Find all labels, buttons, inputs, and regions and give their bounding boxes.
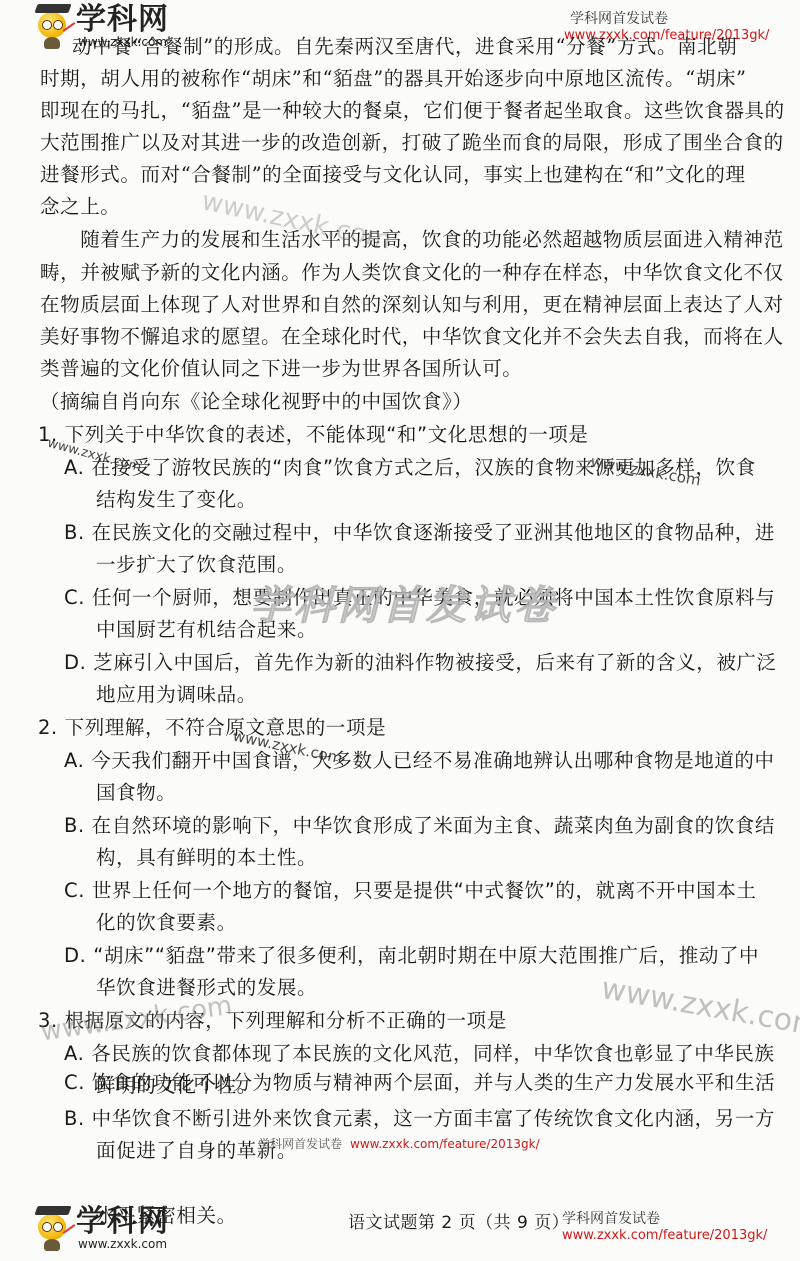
footer-note-title: 学科网首发试卷 — [562, 1208, 767, 1228]
option-text: 芝麻引入中国后，首先作为新的油料作物被接受，后来有了新的含义，被广泛 — [93, 651, 776, 674]
option-text-cont: 地应用为调味品。 — [96, 682, 257, 708]
passage-line: 随着生产力的发展和生活水平的提高，饮食的功能必然超越物质层面进入精神范 — [40, 227, 784, 253]
option-text-cont: 中国厨艺有机结合起来。 — [96, 617, 317, 643]
watermark-url: www.zxxk.com — [599, 971, 800, 1044]
question-stem: 1. 下列关于中华饮食的表述，不能体现“和”文化思想的一项是 — [38, 422, 589, 448]
option-text: “胡床”“貊盘”带来了很多便利，南北朝时期在中原大范围推广后，推动了中 — [93, 944, 759, 967]
option-label: A. — [64, 456, 84, 479]
footer-note: 学科网首发试卷 www.zxxk.com/feature/2013gk/ — [562, 1208, 767, 1243]
passage-line: 大范围推广以及对其进一步的改造创新，打破了跪坐而食的局限，形成了围坐合食的 — [40, 130, 784, 156]
option-text: 世界上任何一个地方的餐馆，只要是提供“中式餐饮”的，就离不开中国本土 — [92, 879, 757, 902]
option-text: 在自然环境的影响下，中华饮食形成了米面为主食、蔬菜肉鱼为副食的饮食结 — [92, 814, 775, 837]
option-c[interactable]: C. 世界上任何一个地方的餐馆，只要是提供“中式餐饮”的，就离不开中国本土 — [64, 878, 756, 904]
option-b[interactable]: B. 在自然环境的影响下，中华饮食形成了米面为主食、蔬菜肉鱼为副食的饮食结 — [64, 813, 775, 839]
option-text: 各民族的饮食都体现了本民族的文化风范，同样，中华饮食也彰显了中华民族 — [91, 1042, 774, 1065]
option-a[interactable]: A. 今天我们翻开中国食谱，大多数人已经不易准确地辨认出哪种食物是地道的中 — [64, 748, 775, 774]
option-b[interactable]: B. 中华饮食不断引进外来饮食元素，这一方面丰富了传统饮食文化内涵，另一方 — [64, 1106, 775, 1132]
footer-note-url[interactable]: www.zxxk.com/feature/2013gk/ — [562, 1228, 767, 1243]
logo-brand: 学科网 — [76, 4, 169, 36]
option-c[interactable]: C. 任何一个厨师，想要制作出真正的中华美食，就必须将中国本土性饮食原料与 — [64, 585, 775, 611]
logo-brand: 学科网 — [76, 1206, 169, 1238]
passage-line: 畴，并被赋予新的文化内涵。作为人类饮食文化的一种存在样态，中华饮食文化不仅 — [40, 260, 784, 286]
option-text: 中华饮食不断引进外来饮食元素，这一方面丰富了传统饮食文化内涵，另一方 — [92, 1107, 775, 1130]
passage-line: 即现在的马扎，“貊盘”是一种较大的餐桌，它们便于餐者起坐取食。这些饮食器具的 — [40, 98, 785, 124]
mascot-icon — [36, 4, 72, 50]
option-label: C. — [64, 1071, 85, 1094]
option-text: 今天我们翻开中国食谱，大多数人已经不易准确地辨认出哪种食物是地道的中 — [91, 749, 774, 772]
option-b[interactable]: B. 在民族文化的交融过程中，中华饮食逐渐接受了亚洲其他地区的食物品种，进 — [64, 520, 775, 546]
option-label: D. — [64, 651, 86, 674]
page-number: 语文试题第 2 页（共 9 页） — [348, 1208, 569, 1233]
option-text-cont: 化的饮食要素。 — [96, 910, 237, 936]
option-label: C. — [64, 586, 85, 609]
footer-logo: 学科网 www.zxxk.com — [36, 1206, 169, 1252]
option-text-cont: 一步扩大了饮食范围。 — [96, 552, 297, 578]
option-label: B. — [64, 1107, 85, 1130]
option-label: A. — [64, 749, 84, 772]
option-label: B. — [64, 814, 85, 837]
option-text-cont: 结构发生了变化。 — [96, 487, 257, 513]
option-d[interactable]: D. “胡床”“貊盘”带来了很多便利，南北朝时期在中原大范围推广后，推动了中 — [64, 943, 759, 969]
passage-line: 动中餐“合餐制”的形成。自先秦两汉至唐代，进食采用“分餐”方式。南北朝 — [72, 34, 737, 60]
option-text: 饮食的功能可以分为物质与精神两个层面，并与人类的生产力发展水平和生活 — [92, 1071, 775, 1094]
option-a[interactable]: A. 在接受了游牧民族的“肉食”饮食方式之后，汉族的食物来源更加多样，饮食 — [64, 455, 756, 481]
option-c[interactable]: C. 饮食的功能可以分为物质与精神两个层面，并与人类的生产力发展水平和生活 — [64, 1070, 775, 1096]
passage-line: 类普遍的文化价值认同之下进一步为世界各国所认可。 — [40, 356, 522, 382]
passage-line: 念之上。 — [40, 194, 120, 220]
passage-line: 时期，胡人用的被称作“胡床”和“貊盘”的器具开始逐步向中原地区流传。“胡床” — [40, 66, 747, 92]
option-text: 在接受了游牧民族的“肉食”饮食方式之后，汉族的食物来源更加多样，饮食 — [91, 456, 756, 479]
mid-note-url[interactable]: www.zxxk.com/feature/2013gk/ — [350, 1137, 540, 1151]
option-label: B. — [64, 521, 85, 544]
question-stem: 3. 根据原文的内容，下列理解和分析不正确的一项是 — [38, 1008, 507, 1034]
logo-url: www.zxxk.com — [78, 1238, 169, 1250]
mid-note-title: 学科网首发试卷 — [258, 1137, 342, 1151]
option-text: 任何一个厨师，想要制作出真正的中华美食，就必须将中国本土性饮食原料与 — [92, 586, 775, 609]
option-text-cont: 构，具有鲜明的本土性。 — [96, 845, 317, 871]
passage-line: 进餐形式。而对“合餐制”的全面接受与文化认同，事实上也建构在“和”文化的理 — [40, 162, 746, 188]
option-label: A. — [64, 1042, 84, 1065]
mid-watermark-note: 学科网首发试卷www.zxxk.com/feature/2013gk/ — [258, 1135, 540, 1152]
header-note-title: 学科网首发试卷 — [570, 8, 769, 28]
option-text-cont: 国食物。 — [96, 780, 176, 806]
option-label: D. — [64, 944, 86, 967]
exam-page: 学科网 www.zxxk.com 学科网首发试卷 www.zxxk.com/fe… — [0, 0, 800, 1261]
passage-line: 在物质层面上体现了人对世界和自然的深刻认知与利用，更在精神层面上表达了人对 — [40, 292, 784, 318]
option-a[interactable]: A. 各民族的饮食都体现了本民族的文化风范，同样，中华饮食也彰显了中华民族 — [64, 1041, 775, 1067]
passage-line: 美好事物不懈追求的愿望。在全球化时代，中华饮食文化并不会失去自我，而将在人 — [40, 324, 784, 350]
mascot-icon — [36, 1206, 72, 1252]
option-text-cont: 华饮食进餐形式的发展。 — [96, 975, 317, 1001]
option-label: C. — [64, 879, 85, 902]
option-text: 在民族文化的交融过程中，中华饮食逐渐接受了亚洲其他地区的食物品种，进 — [92, 521, 775, 544]
passage-source: （摘编自肖向东《论全球化视野中的中国饮食》） — [40, 389, 472, 415]
option-d[interactable]: D. 芝麻引入中国后，首先作为新的油料作物被接受，后来有了新的含义，被广泛 — [64, 650, 777, 676]
question-stem: 2. 下列理解，不符合原文意思的一项是 — [38, 715, 386, 741]
